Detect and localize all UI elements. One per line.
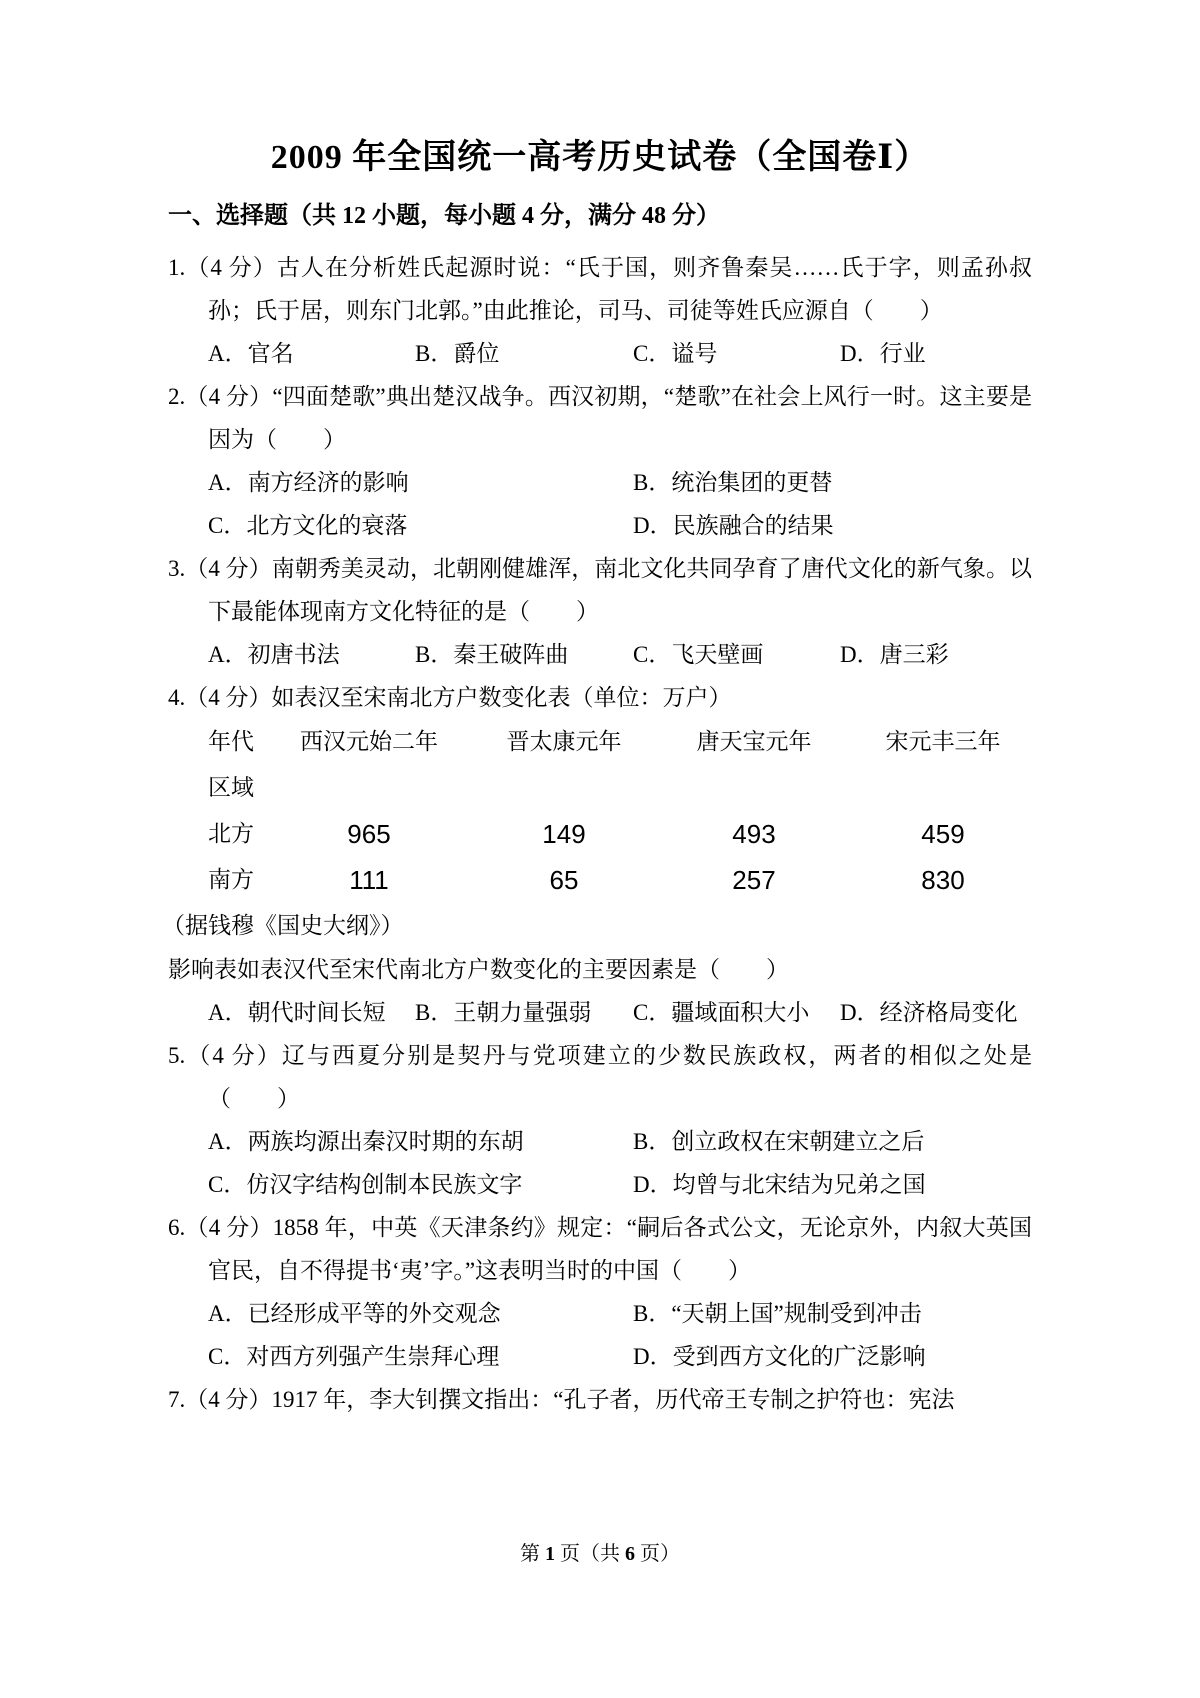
question-4-options: A．朝代时间长短 B．王朝力量强弱 C．疆域面积大小 D．经济格局变化 <box>208 991 1032 1034</box>
table-cell: 493 <box>660 811 848 857</box>
question-1: 1.（4 分）古人在分析姓氏起源时说：“氏于国，则齐鲁秦吴……氏于字，则孟孙叔孙… <box>168 246 1032 375</box>
table-cell: 149 <box>468 811 660 857</box>
option-a: A．官名 <box>208 332 415 375</box>
option-c: C．疆域面积大小 <box>633 991 840 1034</box>
question-4: 4.（4 分）如表汉至宋南北方户数变化表（单位：万户） 年代 西汉元始二年 晋太… <box>168 676 1032 1034</box>
option-a: A．南方经济的影响 <box>208 461 633 504</box>
question-5-options: A．两族均源出秦汉时期的东胡 B．创立政权在宋朝建立之后 C．仿汉字结构创制本民… <box>208 1120 1032 1206</box>
table-cell: 111 <box>270 857 468 903</box>
question-5-text: 5.（4 分）辽与西夏分别是契丹与党项建立的少数民族政权，两者的相似之处是（ ） <box>168 1034 1032 1120</box>
question-5: 5.（4 分）辽与西夏分别是契丹与党项建立的少数民族政权，两者的相似之处是（ ）… <box>168 1034 1032 1206</box>
option-c: C．飞天壁画 <box>633 633 840 676</box>
footer-page-number: 1 <box>545 1543 555 1565</box>
table-cell-empty <box>468 765 660 811</box>
question-3-options: A．初唐书法 B．秦王破阵曲 C．飞天壁画 D．唐三彩 <box>208 633 1032 676</box>
question-6-options: A．已经形成平等的外交观念 B．“天朝上国”规制受到冲击 C．对西方列强产生崇拜… <box>208 1292 1032 1378</box>
option-b: B．统治集团的更替 <box>633 461 1032 504</box>
footer-page-total: 6 <box>625 1543 635 1565</box>
question-4-stem2: 影响表如表汉代至宋代南北方户数变化的主要因素是（ ） <box>168 948 1032 991</box>
section-heading: 一、选择题（共 12 小题，每小题 4 分，满分 48 分） <box>168 194 1032 238</box>
table-cell: 65 <box>468 857 660 903</box>
question-6: 6.（4 分）1858 年，中英《天津条约》规定：“嗣后各式公文，无论京外，内叙… <box>168 1206 1032 1378</box>
option-d: D．经济格局变化 <box>840 991 1032 1034</box>
question-3-text: 3.（4 分）南朝秀美灵动，北朝刚健雄浑，南北文化共同孕育了唐代文化的新气象。以… <box>168 547 1032 633</box>
option-a: A．朝代时间长短 <box>208 991 415 1034</box>
option-d: D．行业 <box>840 332 1032 375</box>
table-cell: 459 <box>848 811 1038 857</box>
table-row-label: 南方 <box>208 857 270 903</box>
option-d: D．民族融合的结果 <box>633 504 1032 547</box>
footer-text-mid: 页（共 <box>555 1543 625 1565</box>
table-cell: 257 <box>660 857 848 903</box>
option-c: C．对西方列强产生崇拜心理 <box>208 1335 633 1378</box>
question-6-text: 6.（4 分）1858 年，中英《天津条约》规定：“嗣后各式公文，无论京外，内叙… <box>168 1206 1032 1292</box>
footer-text-suffix: 页） <box>635 1543 680 1565</box>
table-source-note: （据钱穆《国史大纲》） <box>162 903 1032 948</box>
exam-page: 2009 年全国统一高考历史试卷（全国卷Ⅰ） 一、选择题（共 12 小题，每小题… <box>0 0 1200 1698</box>
question-1-text: 1.（4 分）古人在分析姓氏起源时说：“氏于国，则齐鲁秦吴……氏于字，则孟孙叔孙… <box>168 246 1032 332</box>
table-col-header: 宋元丰三年 <box>848 719 1038 765</box>
option-d: D．受到西方文化的广泛影响 <box>633 1335 1032 1378</box>
question-7-text: 7.（4 分）1917 年，李大钊撰文指出：“孔子者，历代帝王专制之护符也：宪法 <box>168 1378 1032 1421</box>
option-b: B．“天朝上国”规制受到冲击 <box>633 1292 1032 1335</box>
option-d: D．均曾与北宋结为兄弟之国 <box>633 1163 1032 1206</box>
footer-text-prefix: 第 <box>520 1543 545 1565</box>
option-b: B．王朝力量强弱 <box>415 991 633 1034</box>
page-footer: 第 1 页（共 6 页） <box>0 1541 1200 1567</box>
question-3: 3.（4 分）南朝秀美灵动，北朝刚健雄浑，南北文化共同孕育了唐代文化的新气象。以… <box>168 547 1032 676</box>
option-d: D．唐三彩 <box>840 633 1032 676</box>
households-table: 年代 西汉元始二年 晋太康元年 唐天宝元年 宋元丰三年 区域 北方 965 14… <box>208 719 1032 903</box>
question-4-text: 4.（4 分）如表汉至宋南北方户数变化表（单位：万户） <box>168 676 1032 719</box>
question-2: 2.（4 分）“四面楚歌”典出楚汉战争。西汉初期，“楚歌”在社会上风行一时。这主… <box>168 375 1032 547</box>
option-b: B．创立政权在宋朝建立之后 <box>633 1120 1032 1163</box>
question-2-options: A．南方经济的影响 B．统治集团的更替 C．北方文化的衰落 D．民族融合的结果 <box>208 461 1032 547</box>
option-c: C．谥号 <box>633 332 840 375</box>
option-a: A．初唐书法 <box>208 633 415 676</box>
option-c: C．北方文化的衰落 <box>208 504 633 547</box>
table-col-header: 唐天宝元年 <box>660 719 848 765</box>
table-row-label: 北方 <box>208 811 270 857</box>
table-cell: 965 <box>270 811 468 857</box>
table-cell-empty <box>660 765 848 811</box>
table-cell-empty <box>270 765 468 811</box>
option-a: A．已经形成平等的外交观念 <box>208 1292 633 1335</box>
page-title: 2009 年全国统一高考历史试卷（全国卷Ⅰ） <box>168 138 1032 178</box>
question-7: 7.（4 分）1917 年，李大钊撰文指出：“孔子者，历代帝王专制之护符也：宪法 <box>168 1378 1032 1421</box>
question-1-options: A．官名 B．爵位 C．谥号 D．行业 <box>208 332 1032 375</box>
option-c: C．仿汉字结构创制本民族文字 <box>208 1163 633 1206</box>
question-2-text: 2.（4 分）“四面楚歌”典出楚汉战争。西汉初期，“楚歌”在社会上风行一时。这主… <box>168 375 1032 461</box>
option-b: B．爵位 <box>415 332 633 375</box>
exam-content: 2009 年全国统一高考历史试卷（全国卷Ⅰ） 一、选择题（共 12 小题，每小题… <box>0 0 1200 1421</box>
table-cell: 830 <box>848 857 1038 903</box>
option-b: B．秦王破阵曲 <box>415 633 633 676</box>
table-corner-era: 年代 <box>208 719 270 765</box>
option-a: A．两族均源出秦汉时期的东胡 <box>208 1120 633 1163</box>
table-corner-region: 区域 <box>208 765 270 811</box>
table-col-header: 西汉元始二年 <box>270 719 468 765</box>
table-col-header: 晋太康元年 <box>468 719 660 765</box>
table-cell-empty <box>848 765 1038 811</box>
